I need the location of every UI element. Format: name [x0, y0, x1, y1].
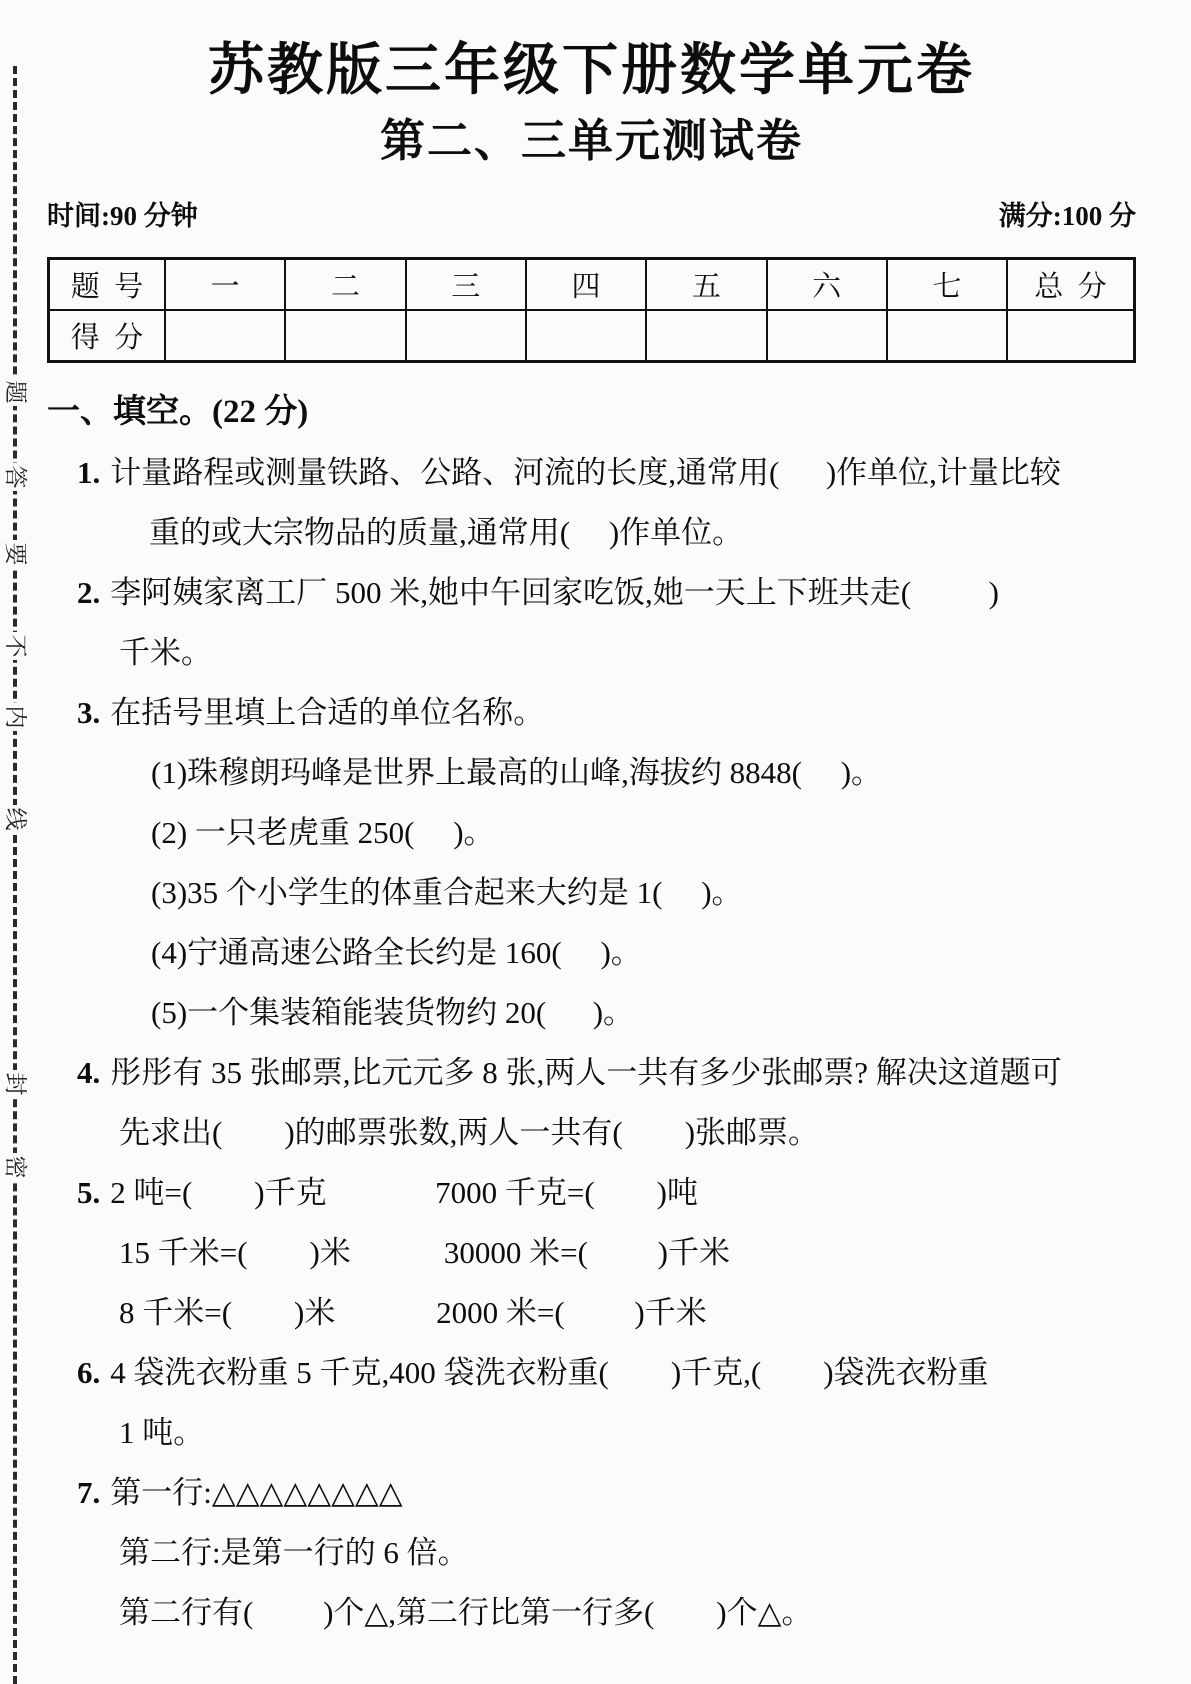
question-text: 计量路程或测量铁路、公路、河流的长度,通常用( )作单位,计量比较 [110, 454, 1061, 491]
seal-char: 不 [1, 632, 29, 660]
header-cell-part-1: 一 [165, 259, 285, 311]
question-text: 15 千米=( )米 30000 米=( )千米 [119, 1234, 730, 1271]
score-cell-part-5 [646, 310, 766, 362]
question-text: (3)35 个小学生的体重合起来大约是 1( )。 [151, 874, 743, 911]
header-cell-part-6: 六 [767, 259, 887, 311]
question-4-line-2: 先求出( )的邮票张数,两人一共有( )张邮票。 [47, 1102, 1136, 1162]
score-cell-part-6 [767, 310, 887, 362]
question-text: 彤彤有 35 张邮票,比元元多 8 张,两人一共有多少张邮票? 解决这道题可 [110, 1054, 1062, 1091]
question-7-line-1: 7.第一行:△△△△△△△△ [47, 1462, 1136, 1522]
header-cell-part-3: 三 [406, 259, 526, 311]
question-5-line-2: 15 千米=( )米 30000 米=( )千米 [47, 1222, 1136, 1282]
question-number: 6. [77, 1354, 100, 1391]
question-text: (2) 一只老虎重 250( )。 [151, 814, 495, 851]
header-cell-part-5: 五 [646, 259, 766, 311]
header-cell-question-number: 题 号 [49, 259, 166, 311]
question-text: (4)宁通高速公路全长约是 160( )。 [151, 934, 642, 971]
question-3-item-3: (3)35 个小学生的体重合起来大约是 1( )。 [47, 862, 1136, 922]
question-number: 4. [77, 1054, 100, 1091]
question-number: 3. [77, 694, 100, 731]
question-text: 李阿姨家离工厂 500 米,她中午回家吃饭,她一天上下班共走( ) [110, 574, 999, 611]
question-text: 1 吨。 [119, 1414, 204, 1451]
question-2-line-2: 千米。 [47, 622, 1136, 682]
question-5-line-1: 5.2 吨=( )千克 7000 千克=( )吨 [47, 1162, 1136, 1222]
question-2-line-1: 2.李阿姨家离工厂 500 米,她中午回家吃饭,她一天上下班共走( ) [47, 562, 1136, 622]
paper-content: 苏教版三年级下册数学单元卷 第二、三单元测试卷 时间:90 分钟 满分:100 … [47, 0, 1136, 1642]
score-row-label: 得 分 [49, 310, 166, 362]
seal-char: 封 [1, 1070, 29, 1098]
question-number: 2. [77, 574, 100, 611]
full-score-label: 满分:100 分 [999, 194, 1136, 233]
seal-char: 密 [1, 1153, 29, 1181]
question-text: 重的或大宗物品的质量,通常用( )作单位。 [149, 514, 743, 551]
question-3-item-1: (1)珠穆朗玛峰是世界上最高的山峰,海拔约 8848( )。 [47, 742, 1136, 802]
question-text: 2 吨=( )千克 7000 千克=( )吨 [110, 1174, 698, 1211]
question-text: (5)一个集装箱能装货物约 20( )。 [151, 994, 634, 1031]
question-1-line-1: 1.计量路程或测量铁路、公路、河流的长度,通常用( )作单位,计量比较 [47, 442, 1136, 502]
score-table: 题 号 一 二 三 四 五 六 七 总 分 得 分 [47, 257, 1136, 363]
exam-paper-page: 题 答 要 不 内 线 封 密 苏教版三年级下册数学单元卷 第二、三单元测试卷 … [0, 0, 1191, 1684]
question-text: 4 袋洗衣粉重 5 千克,400 袋洗衣粉重( )千克,( )袋洗衣粉重 [110, 1354, 988, 1391]
question-3-item-5: (5)一个集装箱能装货物约 20( )。 [47, 982, 1136, 1042]
question-3-item-2: (2) 一只老虎重 250( )。 [47, 802, 1136, 862]
score-cell-part-1 [165, 310, 285, 362]
time-limit-label: 时间:90 分钟 [47, 194, 198, 233]
seal-char: 要 [1, 540, 29, 568]
score-table-score-row: 得 分 [49, 310, 1135, 362]
seal-fold-dashed-line [13, 66, 17, 1684]
exam-meta-row: 时间:90 分钟 满分:100 分 [47, 194, 1136, 233]
question-text: 在括号里填上合适的单位名称。 [110, 694, 544, 731]
question-4-line-1: 4.彤彤有 35 张邮票,比元元多 8 张,两人一共有多少张邮票? 解决这道题可 [47, 1042, 1136, 1102]
question-1-line-2: 重的或大宗物品的质量,通常用( )作单位。 [47, 502, 1136, 562]
question-text: (1)珠穆朗玛峰是世界上最高的山峰,海拔约 8848( )。 [151, 754, 882, 791]
question-7-line-2: 第二行:是第一行的 6 倍。 [47, 1522, 1136, 1582]
seal-char: 线 [1, 805, 29, 833]
question-number: 7. [77, 1474, 100, 1511]
score-table-header-row: 题 号 一 二 三 四 五 六 七 总 分 [49, 259, 1135, 311]
score-cell-part-7 [887, 310, 1007, 362]
question-number: 5. [77, 1174, 100, 1211]
score-cell-part-4 [526, 310, 646, 362]
question-text: 第一行:△△△△△△△△ [110, 1474, 402, 1511]
question-3-line-1: 3.在括号里填上合适的单位名称。 [47, 682, 1136, 742]
section-1-questions: 1.计量路程或测量铁路、公路、河流的长度,通常用( )作单位,计量比较 重的或大… [47, 442, 1136, 1642]
question-7-line-3: 第二行有( )个△,第二行比第一行多( )个△。 [47, 1582, 1136, 1642]
seal-char: 答 [1, 463, 29, 491]
question-text: 第二行有( )个△,第二行比第一行多( )个△。 [119, 1594, 812, 1631]
paper-title: 苏教版三年级下册数学单元卷 [47, 38, 1136, 102]
question-text: 8 千米=( )米 2000 米=( )千米 [119, 1294, 707, 1331]
header-cell-part-7: 七 [887, 259, 1007, 311]
seal-char: 题 [1, 378, 29, 406]
question-5-line-3: 8 千米=( )米 2000 米=( )千米 [47, 1282, 1136, 1342]
question-text: 第二行:是第一行的 6 倍。 [119, 1534, 469, 1571]
question-6-line-1: 6.4 袋洗衣粉重 5 千克,400 袋洗衣粉重( )千克,( )袋洗衣粉重 [47, 1342, 1136, 1402]
header-cell-total: 总 分 [1007, 259, 1134, 311]
question-number: 1. [77, 454, 100, 491]
section-1-heading: 一、填空。(22 分) [47, 385, 1136, 432]
paper-subtitle: 第二、三单元测试卷 [47, 116, 1136, 168]
question-text: 先求出( )的邮票张数,两人一共有( )张邮票。 [119, 1114, 819, 1151]
question-3-item-4: (4)宁通高速公路全长约是 160( )。 [47, 922, 1136, 982]
question-6-line-2: 1 吨。 [47, 1402, 1136, 1462]
question-text: 千米。 [119, 634, 212, 671]
score-cell-part-3 [406, 310, 526, 362]
header-cell-part-2: 二 [285, 259, 405, 311]
header-cell-part-4: 四 [526, 259, 646, 311]
score-cell-total [1007, 310, 1134, 362]
seal-char: 内 [1, 703, 29, 731]
score-cell-part-2 [285, 310, 405, 362]
